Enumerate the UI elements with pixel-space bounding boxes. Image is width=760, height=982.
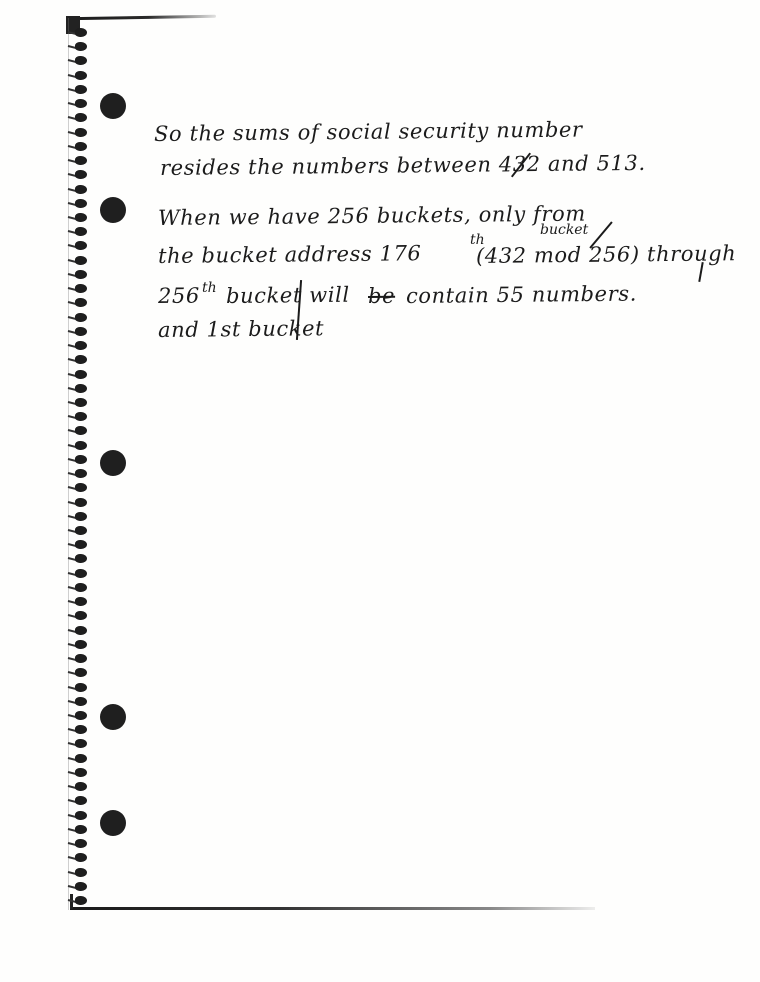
spiral-ring: [68, 28, 88, 38]
handwriting-line-1: So the sums of social security number: [154, 118, 583, 146]
handwriting-line-5c: contain 55 numbers.: [406, 282, 637, 308]
spiral-ring: [68, 697, 88, 707]
spiral-ring: [68, 71, 88, 81]
spiral-ring: [68, 668, 88, 678]
spiral-ring: [68, 128, 88, 138]
spiral-ring: [68, 526, 88, 536]
spiral-ring: [68, 483, 88, 493]
spiral-ring: [68, 611, 88, 621]
spiral-ring: [68, 868, 88, 878]
spiral-ring: [68, 298, 88, 308]
spiral-ring: [68, 56, 88, 66]
spiral-ring: [68, 355, 88, 365]
spiral-ring: [68, 512, 88, 522]
spiral-ring: [68, 640, 88, 650]
handwriting-line-3: When we have 256 buckets, only from: [158, 202, 586, 230]
spiral-ring: [68, 398, 88, 408]
spiral-ring: [68, 626, 88, 636]
spiral-ring: [68, 199, 88, 209]
notebook-page: So the sums of social security number re…: [0, 0, 760, 982]
spiral-ring: [68, 540, 88, 550]
spiral-ring: [68, 711, 88, 721]
spiral-ring: [68, 654, 88, 664]
spiral-ring: [68, 597, 88, 607]
spiral-ring: [68, 469, 88, 479]
spiral-ring: [68, 85, 88, 95]
spiral-ring: [68, 768, 88, 778]
spiral-ring: [68, 896, 88, 906]
spiral-ring: [68, 498, 88, 508]
spiral-ring: [68, 42, 88, 52]
spiral-ring: [68, 270, 88, 280]
spiral-ring: [68, 256, 88, 266]
punch-hole: [100, 810, 126, 836]
spiral-ring: [68, 554, 88, 564]
spiral-ring: [68, 185, 88, 195]
spiral-ring: [68, 370, 88, 380]
handwriting-line-6: and 1st bucket: [158, 316, 324, 342]
spiral-ring: [68, 156, 88, 166]
spiral-ring: [68, 455, 88, 465]
superscript-th-2: th: [202, 280, 217, 296]
punch-hole: [100, 197, 126, 223]
spiral-ring: [68, 882, 88, 892]
spiral-ring: [68, 327, 88, 337]
spiral-ring: [68, 113, 88, 123]
spiral-ring: [68, 853, 88, 863]
spiral-ring: [68, 683, 88, 693]
spiral-ring: [68, 811, 88, 821]
spiral-ring: [68, 739, 88, 749]
spiral-ring: [68, 241, 88, 251]
punch-hole: [100, 93, 126, 119]
spiral-ring: [68, 725, 88, 735]
spiral-ring: [68, 341, 88, 351]
spiral-ring: [68, 839, 88, 849]
spiral-ring: [68, 412, 88, 422]
spiral-ring: [68, 782, 88, 792]
spiral-ring: [68, 583, 88, 593]
spiral-ring: [68, 426, 88, 436]
struck-word: be: [368, 284, 395, 308]
superscript-bucket: bucket: [540, 222, 588, 238]
spiral-ring: [68, 796, 88, 806]
handwriting-line-5a: 256: [158, 284, 200, 308]
spiral-ring: [68, 313, 88, 323]
punch-hole: [100, 450, 126, 476]
handwriting-line-4: the bucket address 176: [158, 241, 422, 268]
spiral-ring: [68, 384, 88, 394]
spiral-ring: [68, 213, 88, 223]
spiral-ring: [68, 142, 88, 152]
spiral-ring: [68, 227, 88, 237]
handwriting-line-2: resides the numbers between 432 and 513.: [160, 151, 646, 180]
spiral-ring: [68, 569, 88, 579]
spiral-ring: [68, 284, 88, 294]
spiral-ring: [68, 99, 88, 109]
paper-bottom-edge: [70, 907, 595, 910]
paper-top-edge: [66, 15, 216, 21]
handwriting-line-5b: bucket will: [226, 283, 350, 308]
spiral-ring: [68, 170, 88, 180]
handwriting-line-4b: (432 mod 256) through: [476, 241, 737, 268]
spiral-ring: [68, 754, 88, 764]
punch-hole: [100, 704, 126, 730]
spiral-ring: [68, 825, 88, 835]
spiral-ring: [68, 441, 88, 451]
